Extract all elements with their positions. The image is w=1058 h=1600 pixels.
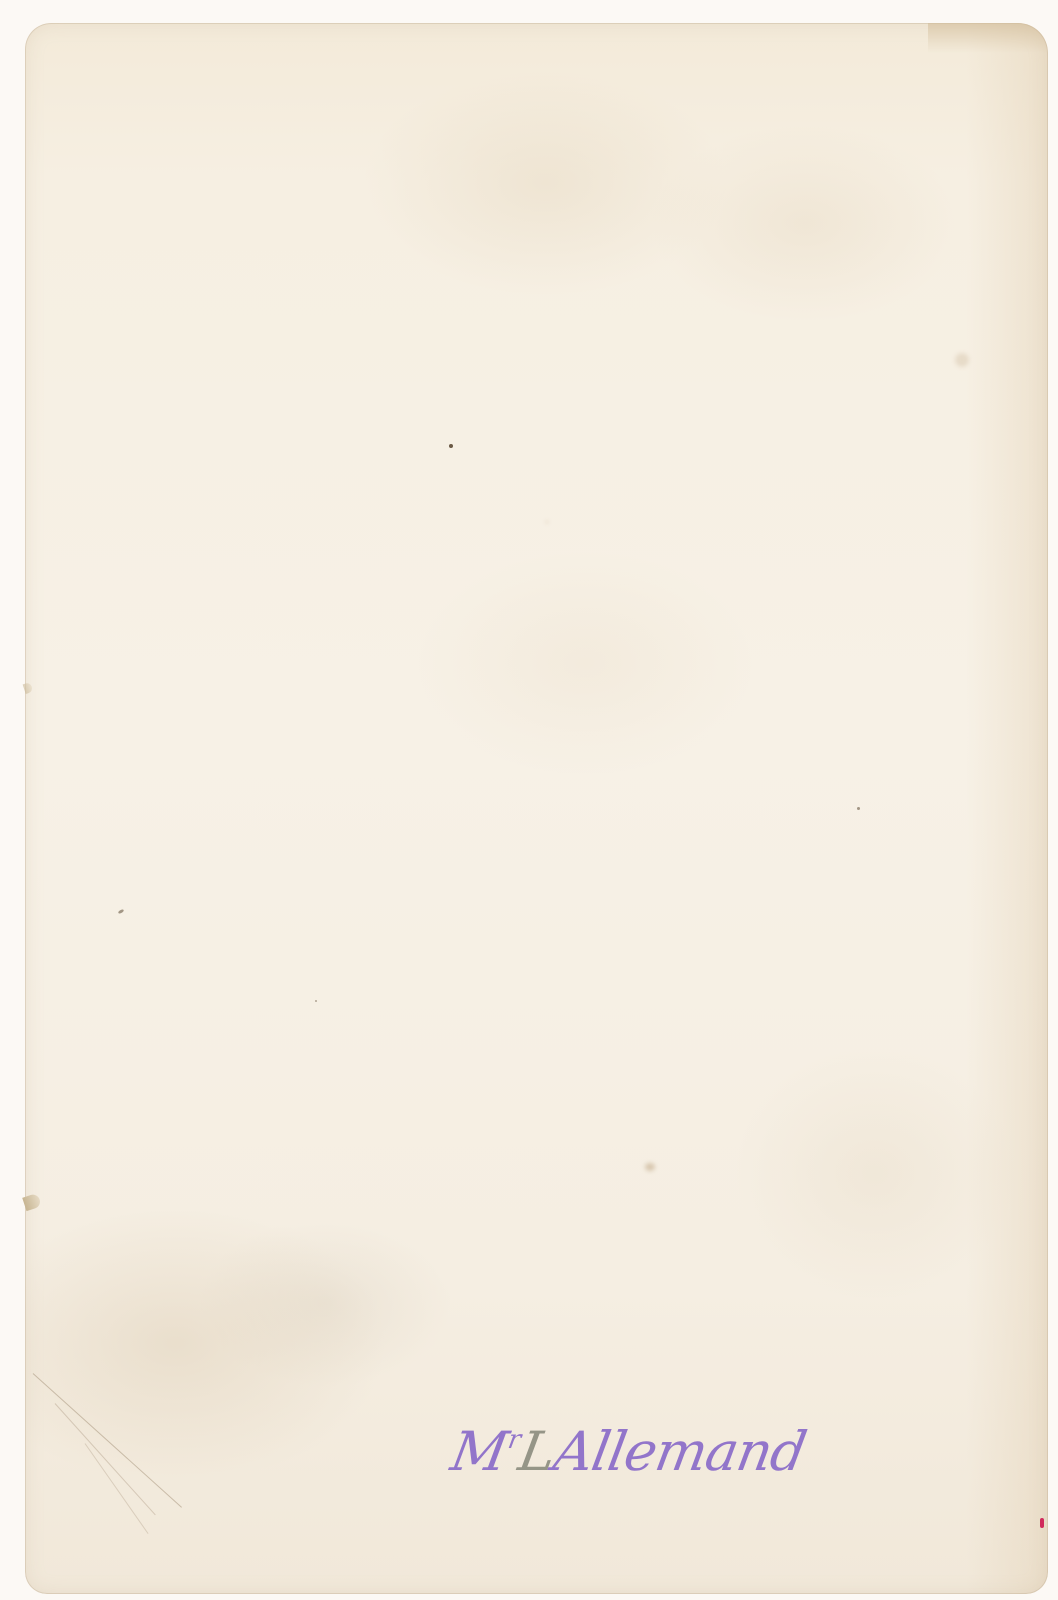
scanned-image: MrLAllemand xyxy=(0,0,1058,1600)
brown-stain xyxy=(645,1163,655,1171)
dark-speck xyxy=(449,444,453,448)
edge-notch xyxy=(23,682,34,694)
brown-stain xyxy=(545,520,549,524)
inscription-prefix: M xyxy=(446,1420,511,1483)
brown-stain xyxy=(955,353,969,367)
inscription-surname: Allemand xyxy=(549,1420,810,1483)
pink-ink-mark xyxy=(1040,1518,1044,1528)
edge-notch xyxy=(22,1193,42,1211)
crease-line xyxy=(55,1403,156,1515)
dark-speck xyxy=(315,1000,317,1002)
crease-line xyxy=(33,1373,182,1508)
cabinet-card-back xyxy=(25,23,1048,1594)
dark-speck xyxy=(857,807,860,810)
worn-top-right-edge xyxy=(928,23,1048,53)
dark-speck xyxy=(118,909,125,915)
handwritten-inscription: MrLAllemand xyxy=(446,1420,810,1483)
crease-line xyxy=(85,1443,149,1534)
